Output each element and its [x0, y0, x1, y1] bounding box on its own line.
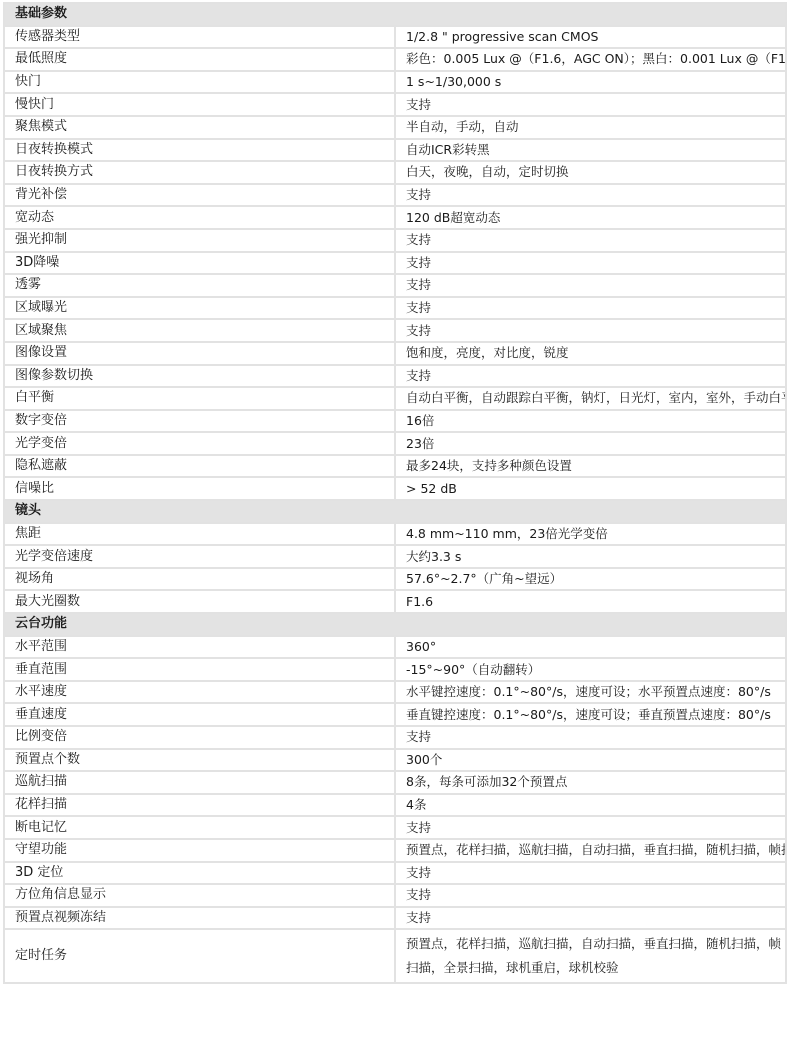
table-row: 强光抑制支持	[4, 229, 786, 252]
row-value: 饱和度，亮度，对比度，锐度	[395, 342, 786, 365]
row-value: 4条	[395, 794, 786, 817]
row-value: 大约3.3 s	[395, 545, 786, 568]
row-value: 自动ICR彩转黑	[395, 139, 786, 162]
table-row: 图像参数切换支持	[4, 365, 786, 388]
table-row: 白平衡自动白平衡，自动跟踪白平衡，钠灯，日光灯，室内，室外，手动白平衡，锁定白平…	[4, 387, 786, 410]
table-row: 图像设置饱和度，亮度，对比度，锐度	[4, 342, 786, 365]
row-key: 日夜转换方式	[4, 161, 395, 184]
section-title: 云台功能	[4, 613, 786, 636]
table-row: 宽动态120 dB超宽动态	[4, 206, 786, 229]
row-key: 宽动态	[4, 206, 395, 229]
row-key: 焦距	[4, 523, 395, 546]
row-value: 支持	[395, 274, 786, 297]
table-row: 日夜转换模式自动ICR彩转黑	[4, 139, 786, 162]
row-key: 数字变倍	[4, 410, 395, 433]
row-value: 支持	[395, 884, 786, 907]
row-key: 预置点视频冻结	[4, 907, 395, 930]
row-value: 支持	[395, 93, 786, 116]
table-row: 视场角57.6°~2.7°（广角~望远）	[4, 568, 786, 591]
row-key: 背光补偿	[4, 184, 395, 207]
row-value: -15°~90°（自动翻转）	[395, 658, 786, 681]
row-key: 垂直范围	[4, 658, 395, 681]
table-row: 最大光圈数F1.6	[4, 590, 786, 613]
table-row: 快门1 s~1/30,000 s	[4, 71, 786, 94]
row-value: 120 dB超宽动态	[395, 206, 786, 229]
table-row: 水平速度水平键控速度：0.1°~80°/s，速度可设；水平预置点速度：80°/s	[4, 681, 786, 704]
row-value: 水平键控速度：0.1°~80°/s，速度可设；水平预置点速度：80°/s	[395, 681, 786, 704]
section-title: 基础参数	[4, 3, 786, 26]
row-value: 预置点，花样扫描，巡航扫描，自动扫描，垂直扫描，随机扫描，帧扫描，全景扫描	[395, 839, 786, 862]
table-row: 光学变倍23倍	[4, 432, 786, 455]
table-row: 3D降噪支持	[4, 252, 786, 275]
row-key: 白平衡	[4, 387, 395, 410]
row-key: 视场角	[4, 568, 395, 591]
table-row: 垂直范围-15°~90°（自动翻转）	[4, 658, 786, 681]
table-row: 焦距4.8 mm~110 mm，23倍光学变倍	[4, 523, 786, 546]
table-row: 巡航扫描8条，每条可添加32个预置点	[4, 771, 786, 794]
table-row: 最低照度彩色：0.005 Lux @（F1.6，AGC ON）；黑白：0.001…	[4, 48, 786, 71]
table-row: 光学变倍速度大约3.3 s	[4, 545, 786, 568]
table-row: 隐私遮蔽最多24块，支持多种颜色设置	[4, 455, 786, 478]
table-row: 定时任务预置点，花样扫描，巡航扫描，自动扫描，垂直扫描，随机扫描，帧扫描，全景扫…	[4, 929, 786, 983]
row-key: 区域聚焦	[4, 319, 395, 342]
table-row: 背光补偿支持	[4, 184, 786, 207]
row-key: 图像设置	[4, 342, 395, 365]
row-value: 16倍	[395, 410, 786, 433]
table-row: 花样扫描4条	[4, 794, 786, 817]
section-header-ptz: 云台功能	[4, 613, 786, 636]
table-row: 垂直速度垂直键控速度：0.1°~80°/s，速度可设；垂直预置点速度：80°/s	[4, 703, 786, 726]
table-row: 数字变倍16倍	[4, 410, 786, 433]
row-key: 断电记忆	[4, 816, 395, 839]
row-key: 守望功能	[4, 839, 395, 862]
row-value: 57.6°~2.7°（广角~望远）	[395, 568, 786, 591]
row-value: 预置点，花样扫描，巡航扫描，自动扫描，垂直扫描，随机扫描，帧扫描，全景扫描，球机…	[395, 929, 786, 983]
row-key: 传感器类型	[4, 26, 395, 49]
row-key: 巡航扫描	[4, 771, 395, 794]
row-value: 1 s~1/30,000 s	[395, 71, 786, 94]
row-key: 最大光圈数	[4, 590, 395, 613]
row-value: 支持	[395, 907, 786, 930]
section-header-basic: 基础参数	[4, 3, 786, 26]
row-key: 水平范围	[4, 636, 395, 659]
table-row: 预置点视频冻结支持	[4, 907, 786, 930]
row-value: 4.8 mm~110 mm，23倍光学变倍	[395, 523, 786, 546]
table-row: 比例变倍支持	[4, 726, 786, 749]
row-value: 支持	[395, 297, 786, 320]
row-key: 定时任务	[4, 929, 395, 983]
table-row: 预置点个数300个	[4, 749, 786, 772]
table-row: 信噪比> 52 dB	[4, 477, 786, 500]
table-row: 透雾支持	[4, 274, 786, 297]
row-value: 垂直键控速度：0.1°~80°/s，速度可设；垂直预置点速度：80°/s	[395, 703, 786, 726]
table-row: 日夜转换方式白天，夜晚，自动，定时切换	[4, 161, 786, 184]
row-key: 3D 定位	[4, 862, 395, 885]
row-key: 3D降噪	[4, 252, 395, 275]
row-value: 300个	[395, 749, 786, 772]
table-row: 传感器类型1/2.8 " progressive scan CMOS	[4, 26, 786, 49]
row-key: 区域曝光	[4, 297, 395, 320]
row-key: 水平速度	[4, 681, 395, 704]
table-row: 断电记忆支持	[4, 816, 786, 839]
table-row: 方位角信息显示支持	[4, 884, 786, 907]
row-key: 隐私遮蔽	[4, 455, 395, 478]
row-key: 日夜转换模式	[4, 139, 395, 162]
row-value: 支持	[395, 319, 786, 342]
row-value: 23倍	[395, 432, 786, 455]
row-key: 慢快门	[4, 93, 395, 116]
row-value: 8条，每条可添加32个预置点	[395, 771, 786, 794]
row-key: 最低照度	[4, 48, 395, 71]
section-title: 镜头	[4, 500, 786, 523]
row-value: 支持	[395, 229, 786, 252]
row-key: 方位角信息显示	[4, 884, 395, 907]
row-value: 支持	[395, 726, 786, 749]
row-value: 半自动，手动，自动	[395, 116, 786, 139]
table-row: 水平范围360°	[4, 636, 786, 659]
row-value: 1/2.8 " progressive scan CMOS	[395, 26, 786, 49]
row-value: 支持	[395, 862, 786, 885]
spec-table: 基础参数 传感器类型1/2.8 " progressive scan CMOS …	[3, 2, 787, 984]
row-value: 最多24块，支持多种颜色设置	[395, 455, 786, 478]
row-key: 预置点个数	[4, 749, 395, 772]
row-value: 自动白平衡，自动跟踪白平衡，钠灯，日光灯，室内，室外，手动白平衡，锁定白平衡	[395, 387, 786, 410]
section-header-lens: 镜头	[4, 500, 786, 523]
table-row: 区域聚焦支持	[4, 319, 786, 342]
spec-table-body: 基础参数 传感器类型1/2.8 " progressive scan CMOS …	[4, 3, 786, 983]
row-value: 支持	[395, 184, 786, 207]
row-key: 信噪比	[4, 477, 395, 500]
row-value: 白天，夜晚，自动，定时切换	[395, 161, 786, 184]
row-value: F1.6	[395, 590, 786, 613]
table-row: 守望功能预置点，花样扫描，巡航扫描，自动扫描，垂直扫描，随机扫描，帧扫描，全景扫…	[4, 839, 786, 862]
row-value: 支持	[395, 365, 786, 388]
table-row: 3D 定位支持	[4, 862, 786, 885]
row-value: 360°	[395, 636, 786, 659]
row-key: 垂直速度	[4, 703, 395, 726]
row-key: 透雾	[4, 274, 395, 297]
table-row: 聚焦模式半自动，手动，自动	[4, 116, 786, 139]
row-key: 快门	[4, 71, 395, 94]
row-value: 彩色：0.005 Lux @（F1.6，AGC ON）；黑白：0.001 Lux…	[395, 48, 786, 71]
row-key: 光学变倍	[4, 432, 395, 455]
table-row: 区域曝光支持	[4, 297, 786, 320]
row-value: > 52 dB	[395, 477, 786, 500]
row-key: 强光抑制	[4, 229, 395, 252]
row-key: 花样扫描	[4, 794, 395, 817]
row-key: 图像参数切换	[4, 365, 395, 388]
table-row: 慢快门支持	[4, 93, 786, 116]
row-value: 支持	[395, 816, 786, 839]
row-key: 聚焦模式	[4, 116, 395, 139]
row-key: 光学变倍速度	[4, 545, 395, 568]
row-key: 比例变倍	[4, 726, 395, 749]
row-value: 支持	[395, 252, 786, 275]
